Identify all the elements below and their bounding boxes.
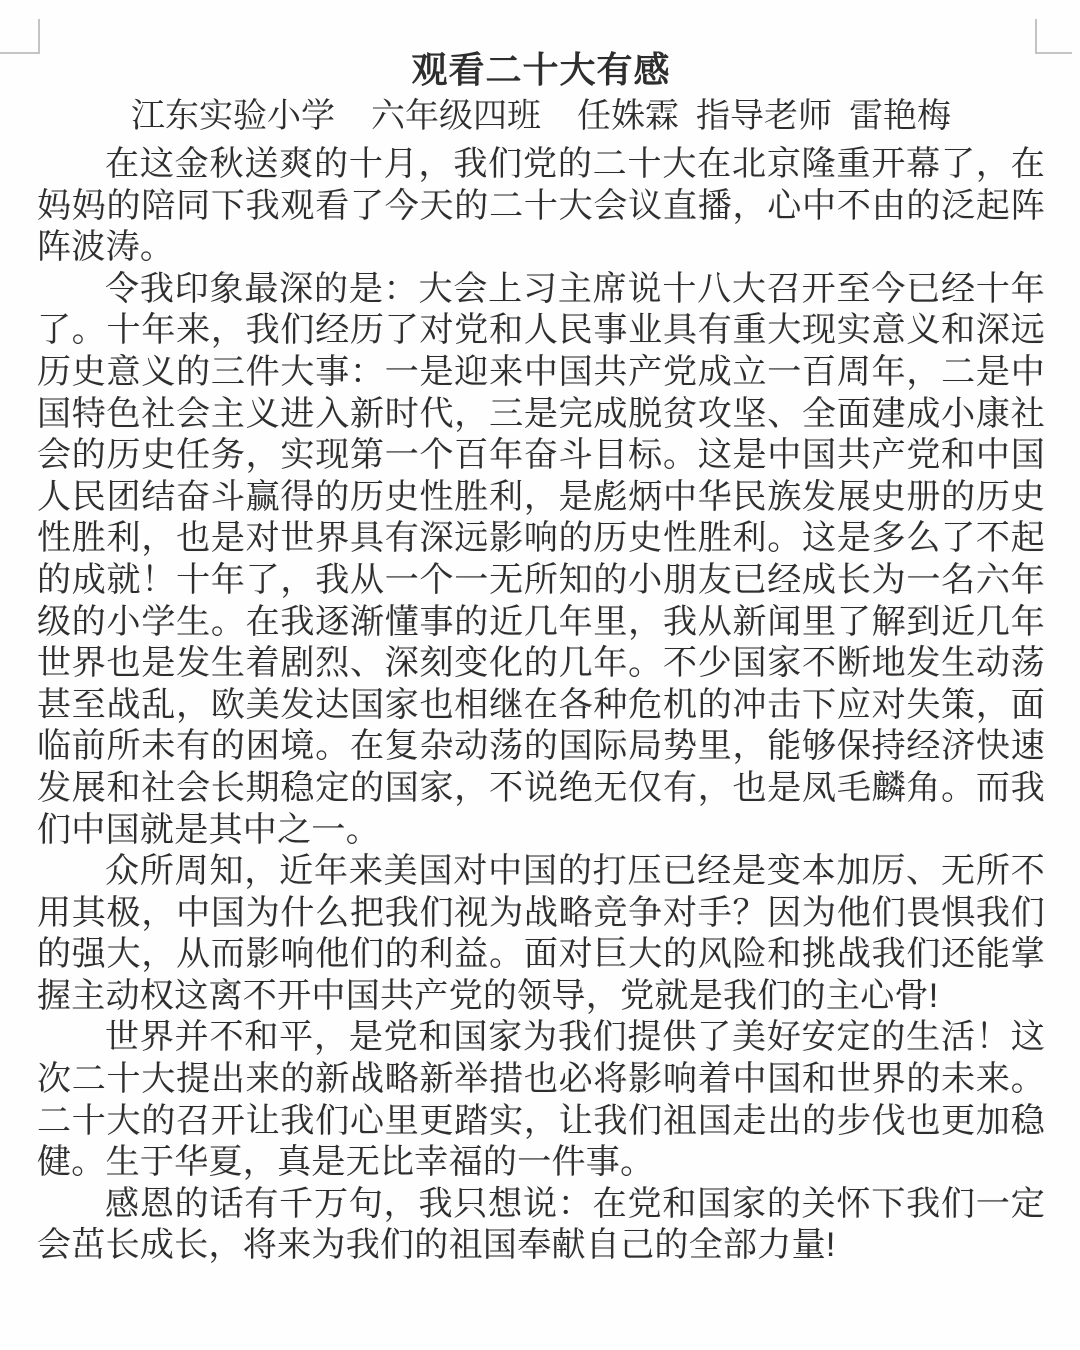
byline-student-name: 任姝霖 [577, 97, 679, 135]
essay-paragraph: 感恩的话有千万句，我只想说：在党和国家的关怀下我们一定会茁长成长，将来为我们的祖… [37, 1184, 1045, 1267]
essay-paragraph: 令我印象最深的是：大会上习主席说十八大召开至今已经十年了。十年来，我们经历了对党… [37, 269, 1045, 851]
essay-paragraph: 众所周知，近年来美国对中国的打压已经是变本加厉、无所不用其极，中国为什么把我们视… [37, 851, 1045, 1017]
byline-class: 六年级四班 [371, 97, 541, 135]
essay-paragraph: 世界并不和平，是党和国家为我们提供了美好安定的生活！这次二十大提出来的新战略新举… [37, 1017, 1045, 1183]
byline-school: 江东实验小学 [131, 97, 335, 135]
essay-body: 在这金秋送爽的十月，我们党的二十大在北京隆重开幕了，在妈妈的陪同下我观看了今天的… [37, 144, 1045, 1267]
byline-teacher-name: 雷艳梅 [849, 97, 951, 135]
essay-paragraph: 在这金秋送爽的十月，我们党的二十大在北京隆重开幕了，在妈妈的陪同下我观看了今天的… [37, 144, 1045, 269]
essay-byline: 江东实验小学六年级四班任姝霖指导老师雷艳梅 [37, 94, 1045, 138]
essay-content: 观看二十大有感 江东实验小学六年级四班任姝霖指导老师雷艳梅 在这金秋送爽的十月，… [37, 48, 1045, 1267]
essay-title: 观看二十大有感 [37, 48, 1045, 92]
margin-corner-mark-top-left [0, 19, 40, 54]
byline-teacher-label: 指导老师 [696, 97, 832, 135]
document-page: 观看二十大有感 江东实验小学六年级四班任姝霖指导老师雷艳梅 在这金秋送爽的十月，… [0, 0, 1080, 1350]
